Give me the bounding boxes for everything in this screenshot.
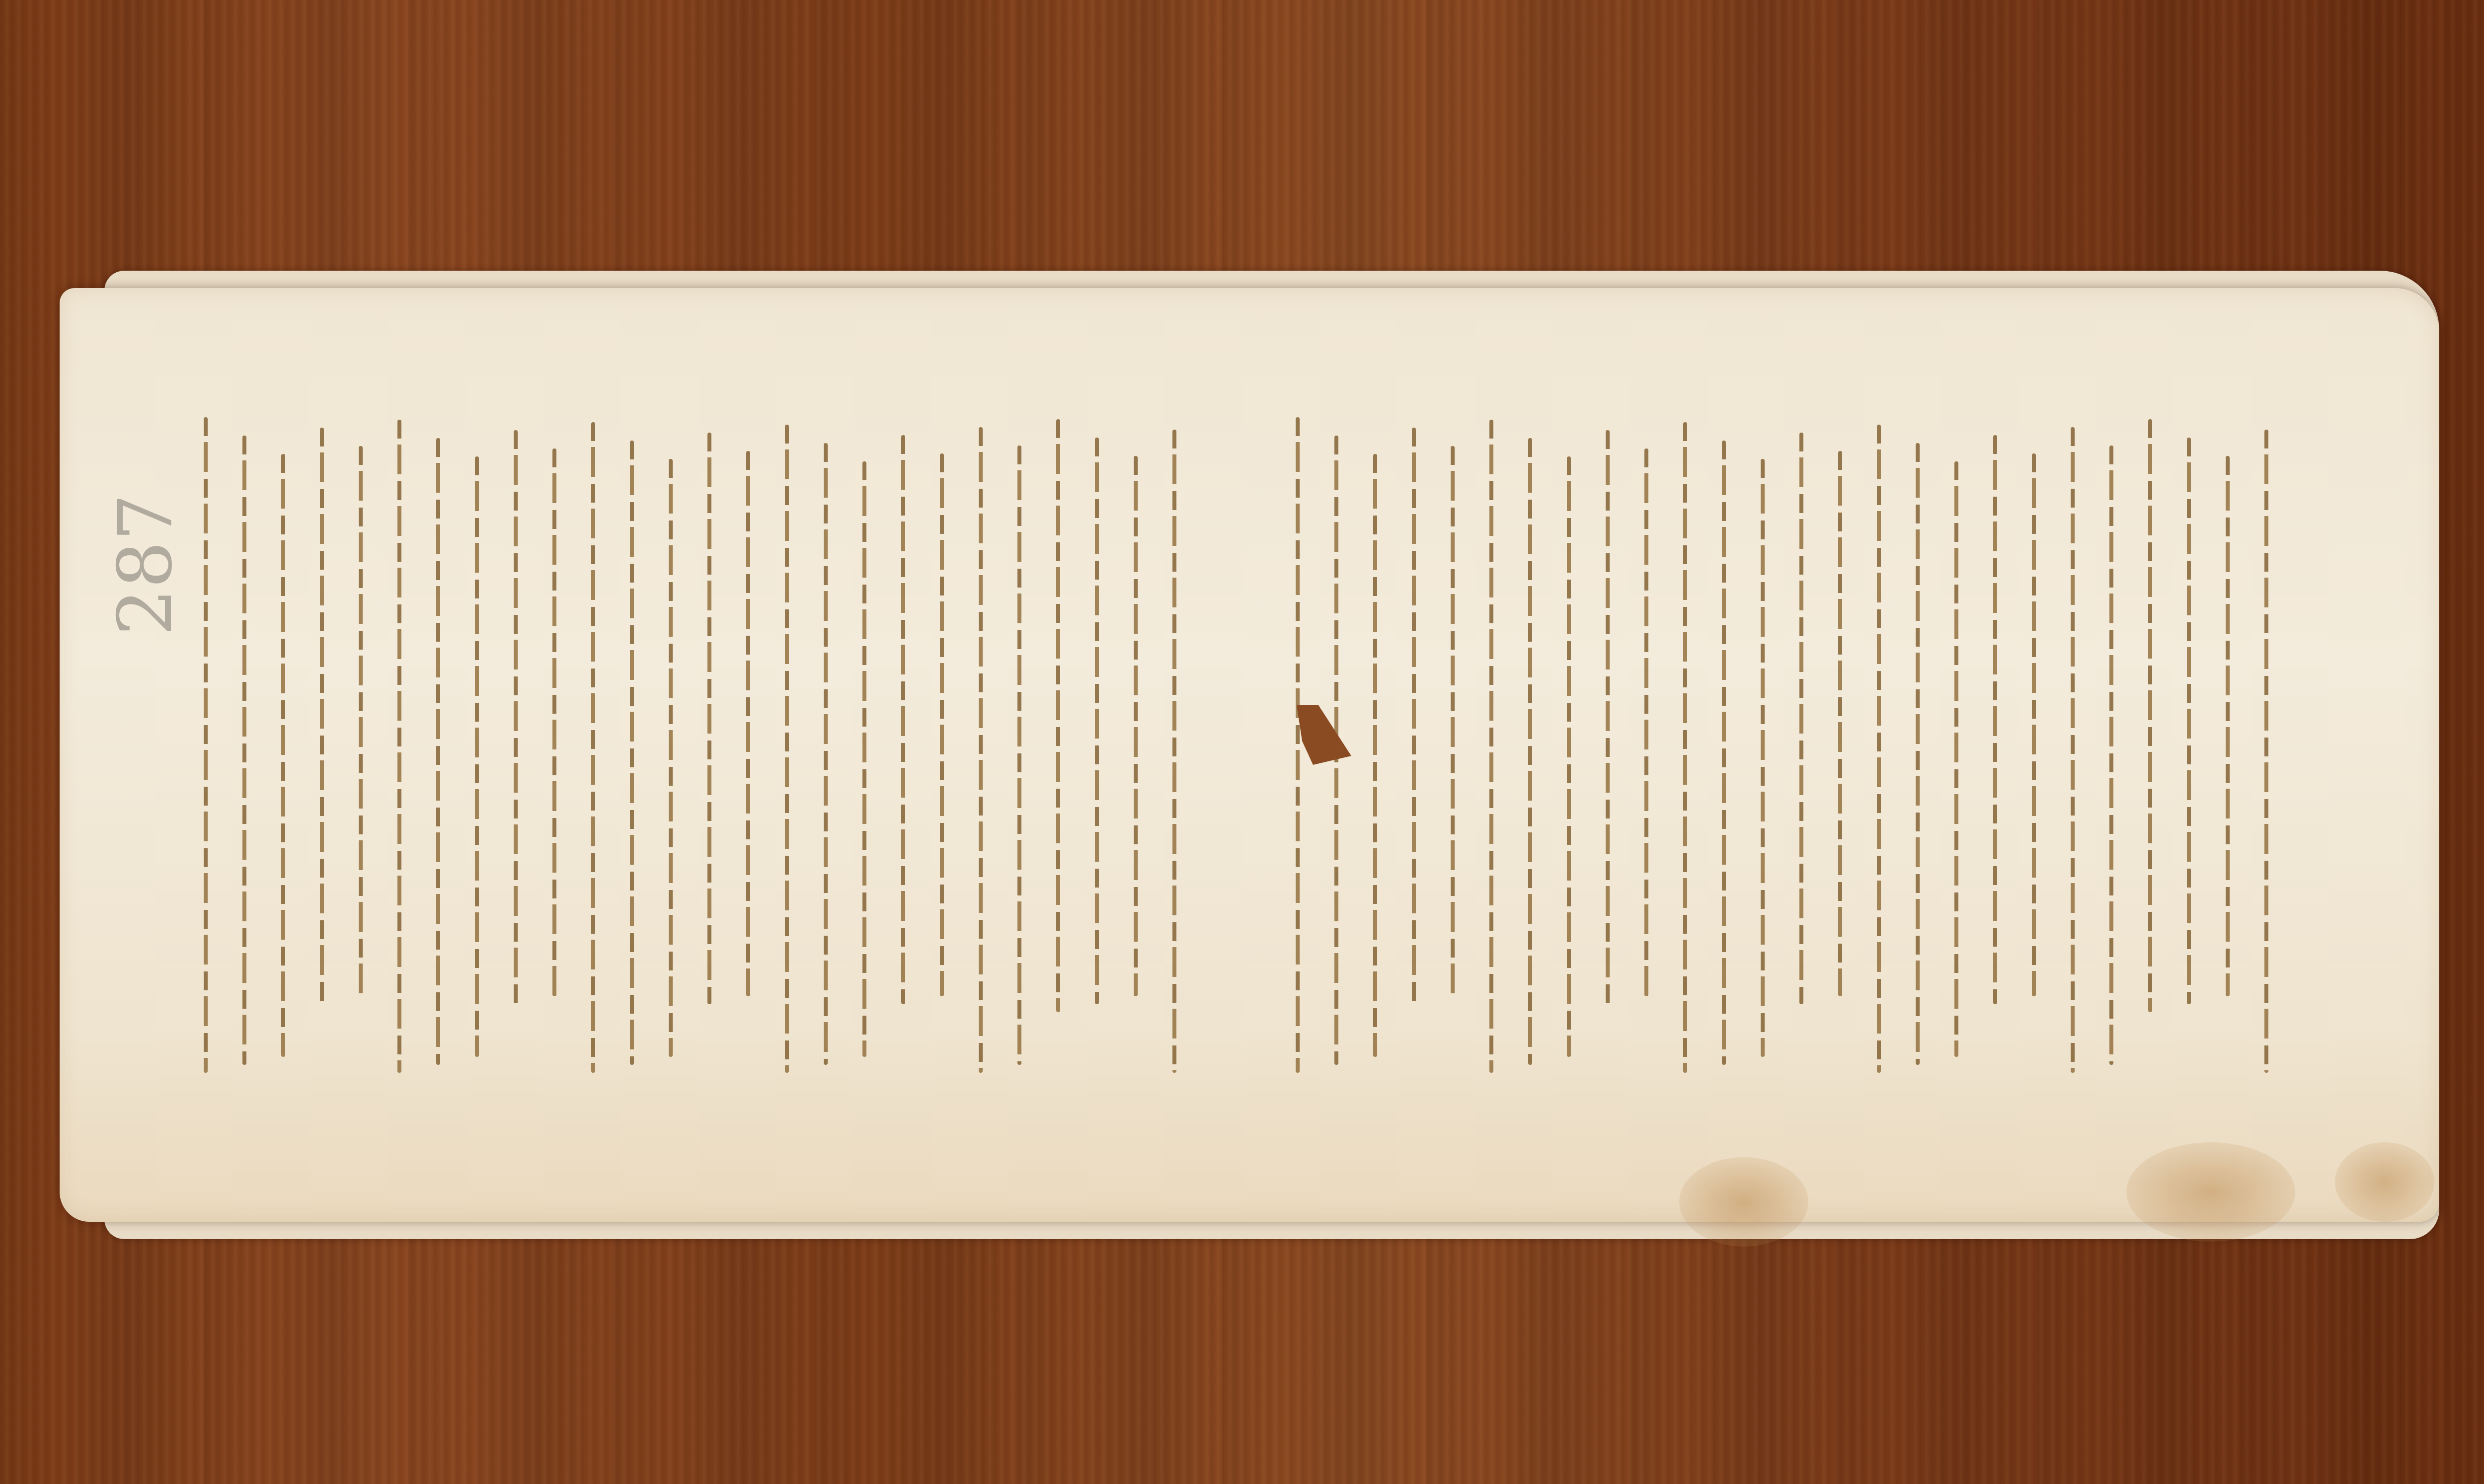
handwritten-line xyxy=(552,448,556,996)
handwritten-line xyxy=(1056,419,1060,1012)
handwritten-line xyxy=(785,425,789,1073)
handwritten-line xyxy=(281,454,285,1057)
handwritten-line xyxy=(2109,445,2113,1065)
handwritten-line xyxy=(979,427,983,1073)
handwritten-line xyxy=(940,453,944,996)
handwritten-line xyxy=(1134,456,1138,996)
handwritten-line xyxy=(1172,430,1176,1073)
handwritten-line xyxy=(242,436,246,1065)
handwritten-line xyxy=(2071,427,2075,1073)
handwritten-line xyxy=(320,428,324,1004)
handwritten-line xyxy=(1683,422,1687,1073)
water-stain xyxy=(2335,1142,2434,1222)
handwritten-line xyxy=(1761,459,1765,1057)
handwritten-line xyxy=(359,446,363,996)
handwritten-line xyxy=(1567,456,1571,1057)
handwritten-line xyxy=(1877,425,1881,1073)
handwritten-line xyxy=(2264,430,2268,1073)
handwritten-line xyxy=(475,456,479,1057)
handwritten-line xyxy=(2187,438,2191,1004)
handwritten-line xyxy=(862,461,866,1057)
water-stain xyxy=(2126,1142,2295,1242)
handwritten-line xyxy=(514,430,518,1004)
handwritten-line xyxy=(1916,443,1920,1065)
handwritten-line xyxy=(1095,438,1099,1004)
handwritten-line xyxy=(630,441,634,1065)
handwritten-text-block xyxy=(60,288,2439,1222)
handwritten-line xyxy=(2032,453,2036,996)
handwritten-line xyxy=(2226,456,2230,996)
handwritten-line xyxy=(746,451,750,996)
handwritten-line xyxy=(1954,461,1958,1057)
handwritten-line xyxy=(669,459,673,1057)
handwritten-line xyxy=(1451,446,1455,996)
handwritten-line xyxy=(824,443,828,1065)
handwritten-line xyxy=(2148,419,2152,1012)
handwritten-line xyxy=(1373,454,1377,1057)
handwritten-line xyxy=(436,438,440,1065)
manuscript-page xyxy=(60,288,2439,1222)
handwritten-line xyxy=(901,435,905,1004)
folio-number: 287 xyxy=(102,494,189,636)
water-stain xyxy=(1679,1157,1808,1247)
handwritten-line xyxy=(1799,433,1803,1004)
handwritten-line xyxy=(1017,445,1021,1065)
handwritten-line xyxy=(1296,417,1300,1073)
handwritten-line xyxy=(397,420,401,1073)
handwritten-line xyxy=(1644,448,1648,996)
handwritten-line xyxy=(204,417,208,1073)
handwritten-line xyxy=(591,422,595,1073)
handwritten-line xyxy=(1722,441,1726,1065)
handwritten-line xyxy=(707,433,711,1004)
handwritten-line xyxy=(1838,451,1842,996)
handwritten-line xyxy=(1606,430,1610,1004)
handwritten-line xyxy=(1993,435,1997,1004)
handwritten-line xyxy=(1412,428,1416,1004)
handwritten-line xyxy=(1489,420,1493,1073)
handwritten-line xyxy=(1528,438,1532,1065)
